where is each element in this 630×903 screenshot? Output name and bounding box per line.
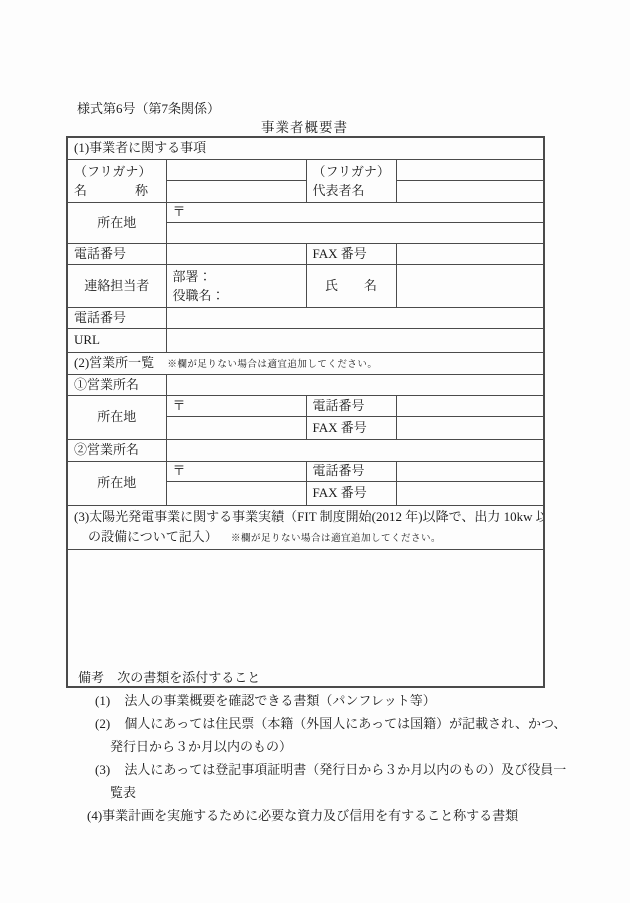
tel-field [166,244,306,265]
position-label: 役職名： [173,286,300,305]
company-name-field [166,181,306,203]
office1-postal-field: 〒 [166,396,306,417]
note-item-2: (2) 個人にあっては住民票（本籍（外国人にあっては国籍）が記載され、かつ、 [95,712,553,735]
company-furigana-label: （フリガナ） [74,162,160,181]
fax-label: FAX 番号 [306,244,396,265]
note-item-1: (1) 法人の事業概要を確認できる書類（パンフレット等） [95,689,553,712]
office2-tel-label: 電話番号 [306,462,396,482]
note-item-3: (3) 法人にあっては登記事項証明書（発行日から３か月以内のもの）及び役員一 [95,758,553,781]
office1-fax-field [396,417,544,440]
office2-address-label: 所在地 [67,462,166,506]
company-furigana-field [166,160,306,181]
note-item-4: (4)事業計画を実施するために必要な資力及び信用を有すること称する書類 [87,804,553,827]
section1-header: (1)事業者に関する事項 [67,137,544,160]
url-label: URL [67,329,166,353]
representative-furigana-field [396,160,544,181]
office1-label: ①営業所名 [67,375,166,396]
office2-fax-field [396,482,544,506]
contact-person-label: 連絡担当者 [67,265,166,308]
section2-add-note: ※欄が足りない場合は適宜追加してください。 [167,360,377,370]
note-item-2-continued: 発行日から３か月以内のもの） [110,735,553,758]
notes-block: 備考 次の書類を添付すること (1) 法人の事業概要を確認できる書類（パンフレッ… [78,666,553,827]
person-name-label: 氏 名 [306,265,396,308]
office2-postal-field: 〒 [166,462,306,482]
form-number: 様式第6号（第7条関係） [77,98,220,117]
contact-tel-label: 電話番号 [67,308,166,329]
contact-dept-field: 部署： 役職名： [166,265,306,308]
address-line2-field [166,223,544,244]
office2-name-field [166,440,544,462]
office2-label: ②営業所名 [67,440,166,462]
tel-label: 電話番号 [67,244,166,265]
office1-address-label: 所在地 [67,396,166,440]
section3-add-note: ※欄が足りない場合は適宜追加してください。 [231,534,441,544]
company-name-label: （フリガナ） 名 称 [67,160,166,203]
representative-label-text: 代表者名 [313,181,390,200]
section2-header: (2)営業所一覧 ※欄が足りない場合は適宜追加してください。 [67,353,544,375]
note-item-3-continued: 覧表 [110,781,553,804]
department-label: 部署： [173,267,300,286]
document-title: 事業者概要書 [66,116,543,136]
section3-line2: の設備について記入） ※欄が足りない場合は適宜追加してください。 [74,527,537,549]
notes-heading: 備考 次の書類を添付すること [78,666,553,689]
url-field [166,329,544,353]
office2-fax-label: FAX 番号 [306,482,396,506]
office1-name-field [166,375,544,396]
section3-header: (3)太陽光発電事業に関する事業実績（FIT 制度開始(2012 年)以降で、出… [67,506,544,550]
section3-line1: (3)太陽光発電事業に関する事業実績（FIT 制度開始(2012 年)以降で、出… [74,507,537,527]
address-postal-field: 〒 [166,203,544,223]
contact-tel-field [166,308,544,329]
office1-fax-label: FAX 番号 [306,417,396,440]
office1-tel-field [396,396,544,417]
company-name-label-text: 名 称 [74,181,148,200]
notes-label: 備考 [78,670,104,685]
office2-tel-field [396,462,544,482]
fax-field [396,244,544,265]
document-page: 様式第6号（第7条関係） 事業者概要書 (1)事業者に関する事項 （フリガナ） … [0,0,630,903]
office1-tel-label: 電話番号 [306,396,396,417]
office1-address-line2-field [166,417,306,440]
address-label: 所在地 [67,203,166,244]
person-name-field [396,265,544,308]
business-summary-table: (1)事業者に関する事項 （フリガナ） 名 称 （フリガナ） 代表者名 [66,136,545,688]
representative-label: （フリガナ） 代表者名 [306,160,396,203]
representative-furigana-label: （フリガナ） [313,162,390,181]
office2-address-line2-field [166,482,306,506]
representative-name-field [396,181,544,203]
